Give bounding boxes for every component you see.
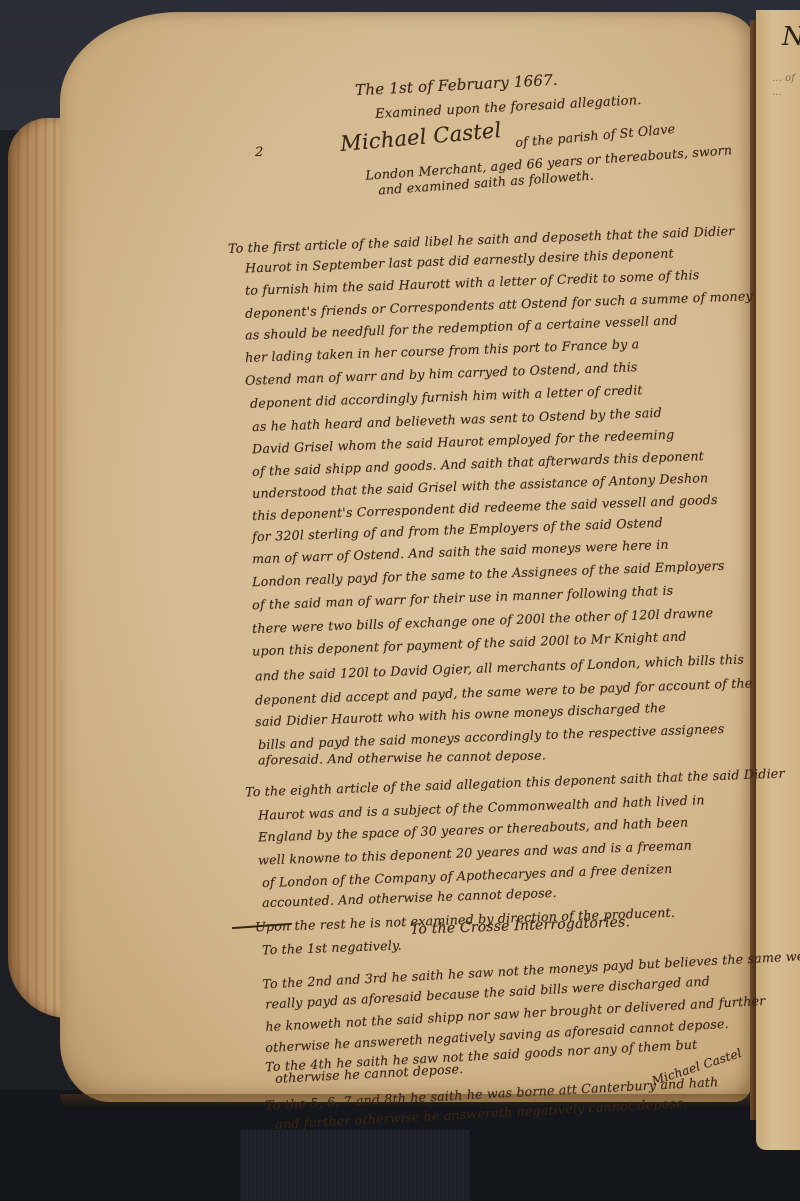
facing-page-edge [756,10,800,1150]
facing-page-scrawl: … of … [772,72,798,100]
cloth-support [240,1130,470,1201]
facing-page-mark: N [782,22,800,52]
folio-number: 2 [255,145,263,160]
